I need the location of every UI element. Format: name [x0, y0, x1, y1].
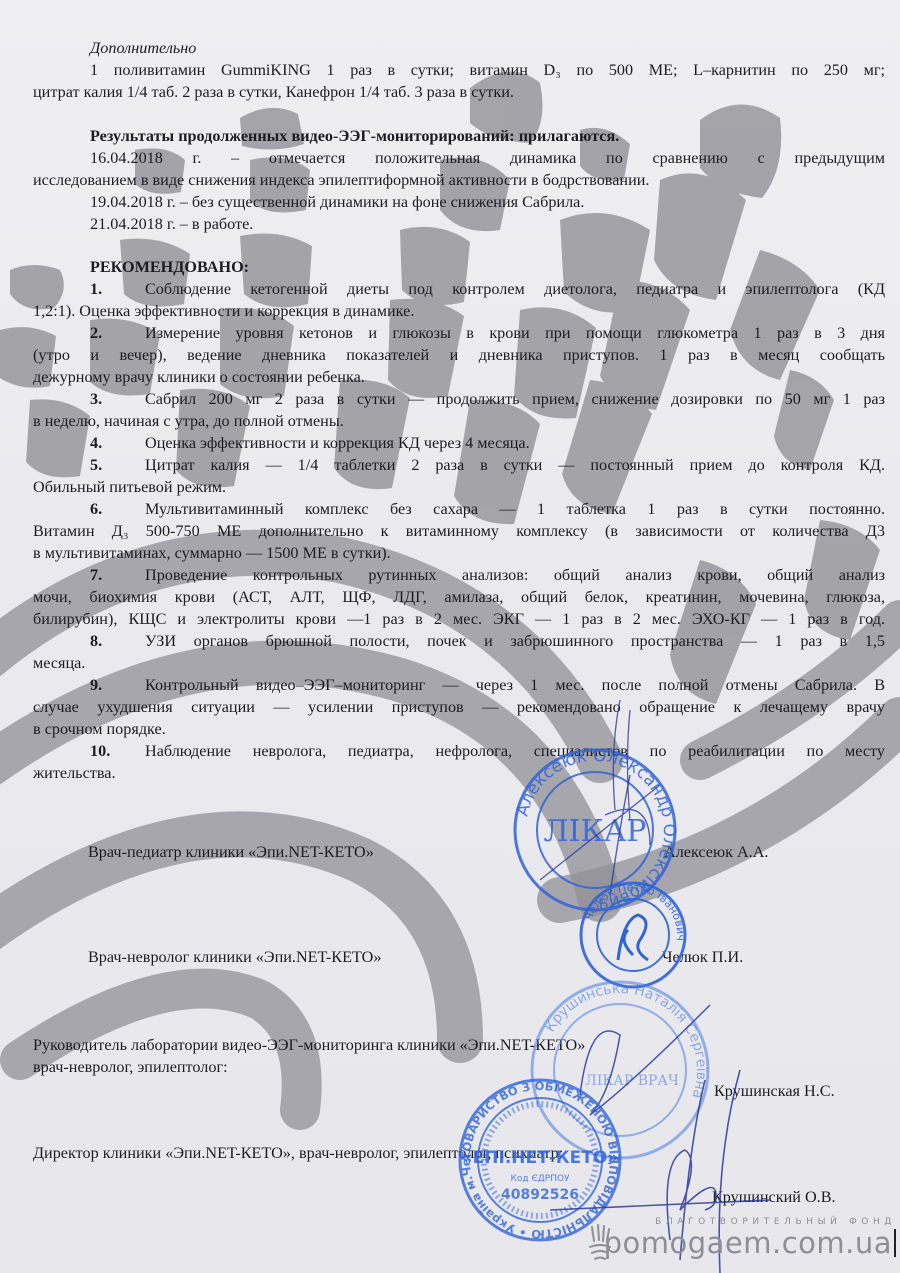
signature-role-neurologist: Врач-невролог клиники «Эпи.NET-КЕТО» [88, 947, 381, 969]
recommendation-1: 1.Соблюдение кетогенной диеты под контро… [90, 279, 885, 301]
text-cursor [894, 1229, 896, 1257]
signature-name-neurologist: Челюк П.И. [662, 947, 743, 969]
recommendation-6: 6.Мультивитаминный комплекс без сахара —… [90, 499, 885, 521]
svg-text:Алексеюк Олександр Олексійович: Алексеюк Олександр Олексійович [513, 746, 680, 914]
item-number: 3. [90, 389, 145, 411]
eeg-entry-1-line-2: исследованием в виде снижения индекса эп… [33, 170, 649, 192]
svg-text:40892526: 40892526 [501, 1187, 579, 1203]
eeg-entry-1-line-1: 16.04.2018 г. – отмечается положительная… [90, 148, 885, 170]
item-number: 8. [90, 631, 145, 653]
recommendation-5-cont: Обильный питьевой режим. [33, 477, 226, 499]
item-number: 9. [90, 675, 145, 697]
item-number: 5. [90, 455, 145, 477]
recommendation-6-cont-1: Витамин Д₃ 500-750 МЕ дополнительно к ви… [33, 521, 885, 543]
item-number: 6. [90, 499, 145, 521]
recommendation-10-cont: жительства. [33, 763, 116, 785]
eeg-entry-2: 19.04.2018 г. – без существенной динамик… [90, 192, 584, 214]
recommendation-7-cont-1: мочи, биохимия крови (АСТ, АЛТ, ЩФ, ЛДГ,… [33, 587, 885, 609]
recommendation-6-cont-2: в мультивитаминах, суммарно — 1500 МЕ в … [33, 543, 391, 565]
additional-line-2: цитрат калия 1/4 таб. 2 раза в сутки, Ка… [33, 82, 514, 104]
item-number: 4. [90, 433, 145, 455]
item-number: 1. [90, 279, 145, 301]
eeg-entry-3: 21.04.2018 г. – в работе. [90, 214, 253, 236]
recommendation-9-cont-1: случае ухудшения ситуации — усилении при… [33, 697, 885, 719]
recommendation-4: 4.Оценка эффективности и коррекция КД че… [90, 433, 530, 455]
signature-role-director: Директор клиники «Эпи.NET-КЕТО», врач-не… [33, 1143, 563, 1165]
signature-name-pediatrician: Алексеюк А.А. [664, 842, 768, 864]
stamp-pediatrician-icon: Алексеюк Олександр Олексійович ЛІКАР [510, 745, 680, 915]
signature-role-lab-head: Руководитель лаборатории видео-ЭЭГ-монит… [33, 1035, 585, 1057]
svg-text:Челюк Петро Іванович: Челюк Петро Іванович [582, 881, 687, 941]
recommendation-8-cont: месяца. [33, 653, 85, 675]
additional-heading: Дополнительно [90, 38, 196, 60]
item-number: 10. [90, 741, 145, 763]
recommendation-7: 7.Проведение контрольных рутинных анализ… [90, 565, 885, 587]
stamp-neurologist-icon: Челюк Петро Іванович [578, 880, 688, 990]
svg-text:Код ЄДРПОУ: Код ЄДРПОУ [510, 1174, 570, 1184]
charity-site-link[interactable]: pomogaem.com.ua [604, 1226, 892, 1260]
svg-text:ЛІКАР ВРАЧ: ЛІКАР ВРАЧ [585, 1073, 679, 1089]
recommendation-9: 9.Контрольный видео–ЭЭГ–мониторинг — чер… [90, 675, 885, 697]
recommendation-2-cont-1: (утро и вечер), ведение дневника показат… [33, 345, 885, 367]
signature-name-lab-head: Крушинская Н.С. [714, 1081, 835, 1103]
item-number: 2. [90, 323, 145, 345]
recommendation-7-cont-2: билирубин), КЩС и электролиты крови —1 р… [33, 609, 885, 631]
recommendation-9-cont-2: в срочном порядке. [33, 719, 166, 741]
recommendation-1-cont: 1,2:1). Оценка эффективности и коррекция… [33, 301, 414, 323]
recommendation-8: 8.УЗИ органов брюшной полости, почек и з… [90, 631, 885, 653]
item-number: 7. [90, 565, 145, 587]
recommendation-3: 3.Сабрил 200 мг 2 раза в сутки — продолж… [90, 389, 885, 411]
signature-role-pediatrician: Врач-педиатр клиники «Эпи.NET-КЕТО» [88, 842, 374, 864]
recommendation-5: 5.Цитрат калия — 1/4 таблетки 2 раза в с… [90, 455, 885, 477]
recommendation-3-cont: в неделю, начиная с утра, до полной отме… [33, 411, 344, 433]
eeg-results-heading: Результаты продолженных видео-ЭЭГ-монито… [90, 126, 619, 148]
stamp-lab-head-icon: Крушинська Наталія Сергеївна ЛІКАР ВРАЧ [520, 975, 720, 1165]
additional-line-1: 1 поливитамин GummiKING 1 раз в сутки; в… [90, 60, 885, 82]
recommended-heading: РЕКОМЕНДОВАНО: [90, 257, 249, 279]
signature-role-lab-head-2: врач-невролог, эпилептолог: [33, 1057, 228, 1079]
document-page: Дополнительно 1 поливитамин GummiKING 1 … [0, 0, 900, 1273]
svg-text:ЛІКАР: ЛІКАР [543, 814, 646, 849]
charity-logo: БЛАГОТВОРИТЕЛЬНЫЙ ФОНД pomogaem.com.ua [556, 1217, 896, 1267]
recommendation-2-cont-2: дежурному врачу клиники о состоянии ребе… [33, 367, 365, 389]
recommendation-10: 10.Наблюдение невролога, педиатра, нефро… [90, 741, 885, 763]
signature-name-director: Крушинский О.В. [712, 1187, 836, 1209]
recommendation-2: 2.Измерение уровня кетонов и глюкозы в к… [90, 323, 885, 345]
